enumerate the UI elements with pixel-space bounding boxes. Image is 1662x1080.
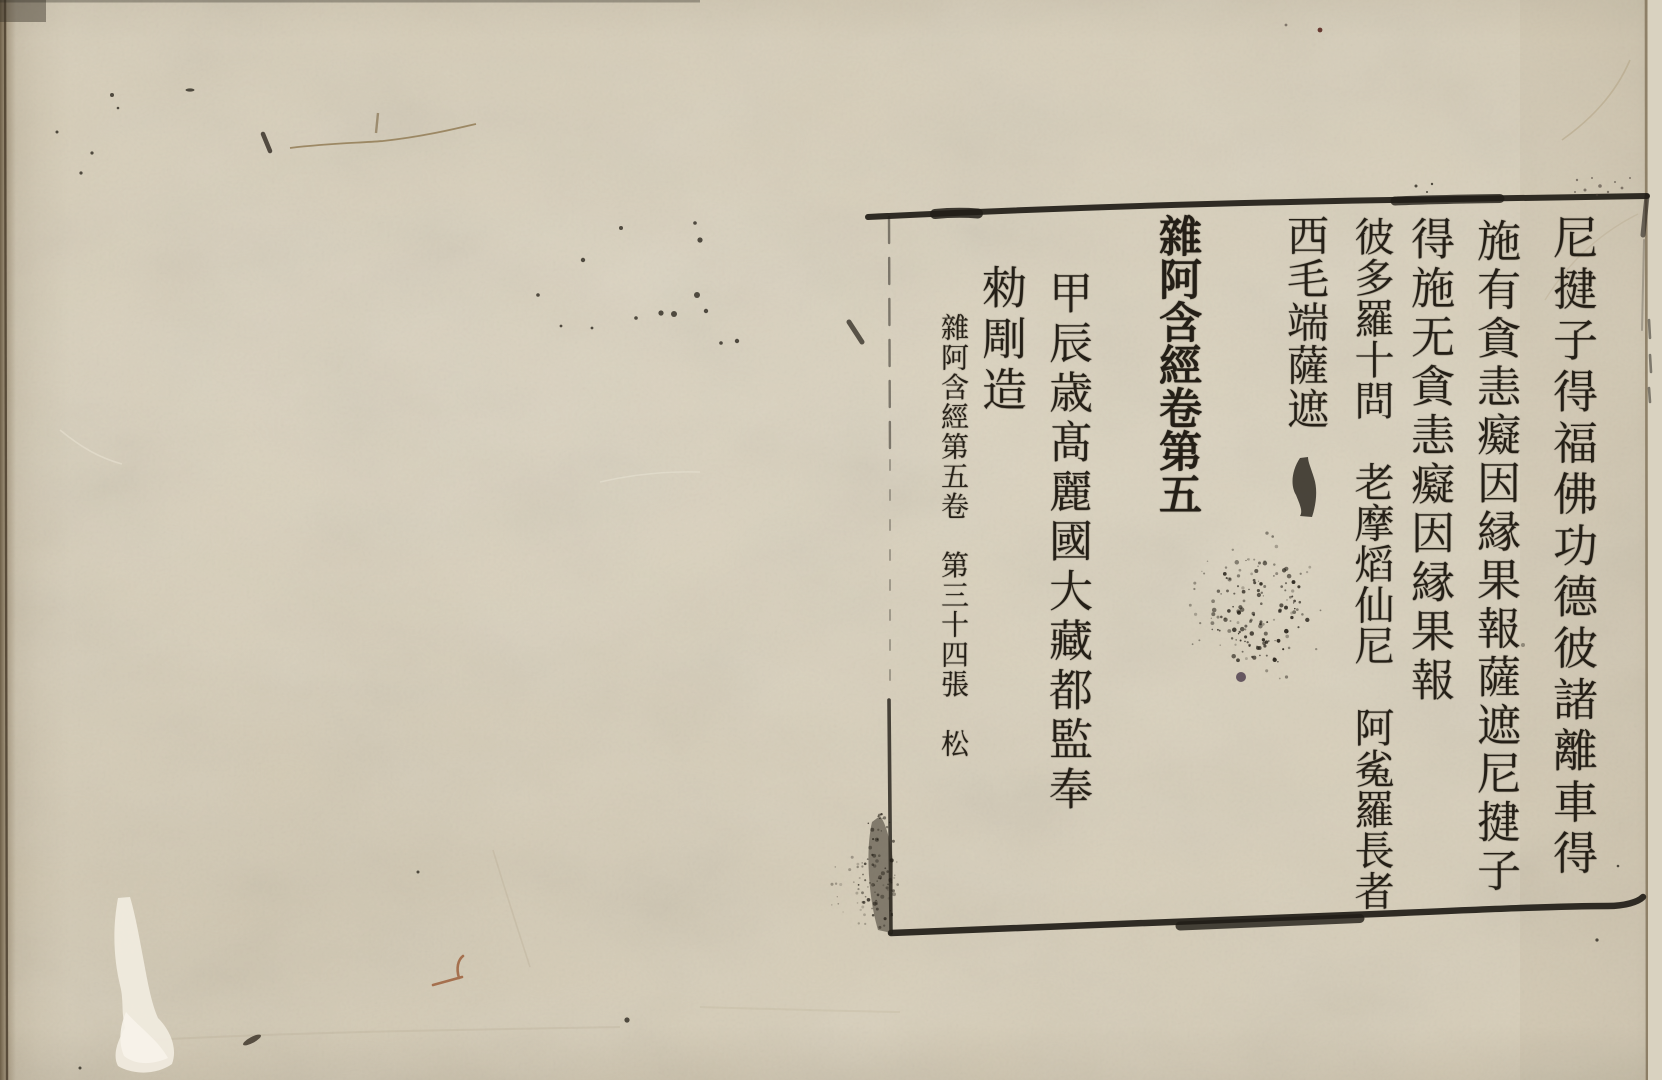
paper-speck-red [1318,28,1323,33]
right-page-edge [1648,0,1662,1080]
top-page-edge [0,0,700,3]
sheet-number-column: 雜阿含經第五卷 第三十四張 松 [939,313,967,759]
uddana-column-5: 西毛端薩遮 [1284,214,1326,430]
right-page-fold-line [1646,0,1647,1080]
volume-title: 雜阿含經卷第五 [1155,214,1198,515]
ink-dot [1236,672,1246,682]
left-page-edge [0,0,16,1080]
uddana-column-1: 尼揵子得福佛功德彼諸離車得 [1549,214,1594,881]
uddana-column-3: 得施无貪恚癡因縁果報 [1406,216,1450,706]
manuscript-page: 尼揵子得福佛功德彼諸離車得 施有貪恚癡因縁果報薩遮尼揵子 得施无貪恚癡因縁果報 … [0,0,1662,1080]
colophon-date-column: 甲辰歳髙麗國大藏都監奉 [1044,270,1088,816]
uddana-column-2: 施有貪恚癡因縁果報薩遮尼揵子 [1472,218,1516,896]
uddana-column-4: 彼多羅十問 老摩熖仙尼 阿㝹羅長者 [1351,216,1391,911]
colophon-edict-column: 勑㓮造 [978,264,1023,417]
